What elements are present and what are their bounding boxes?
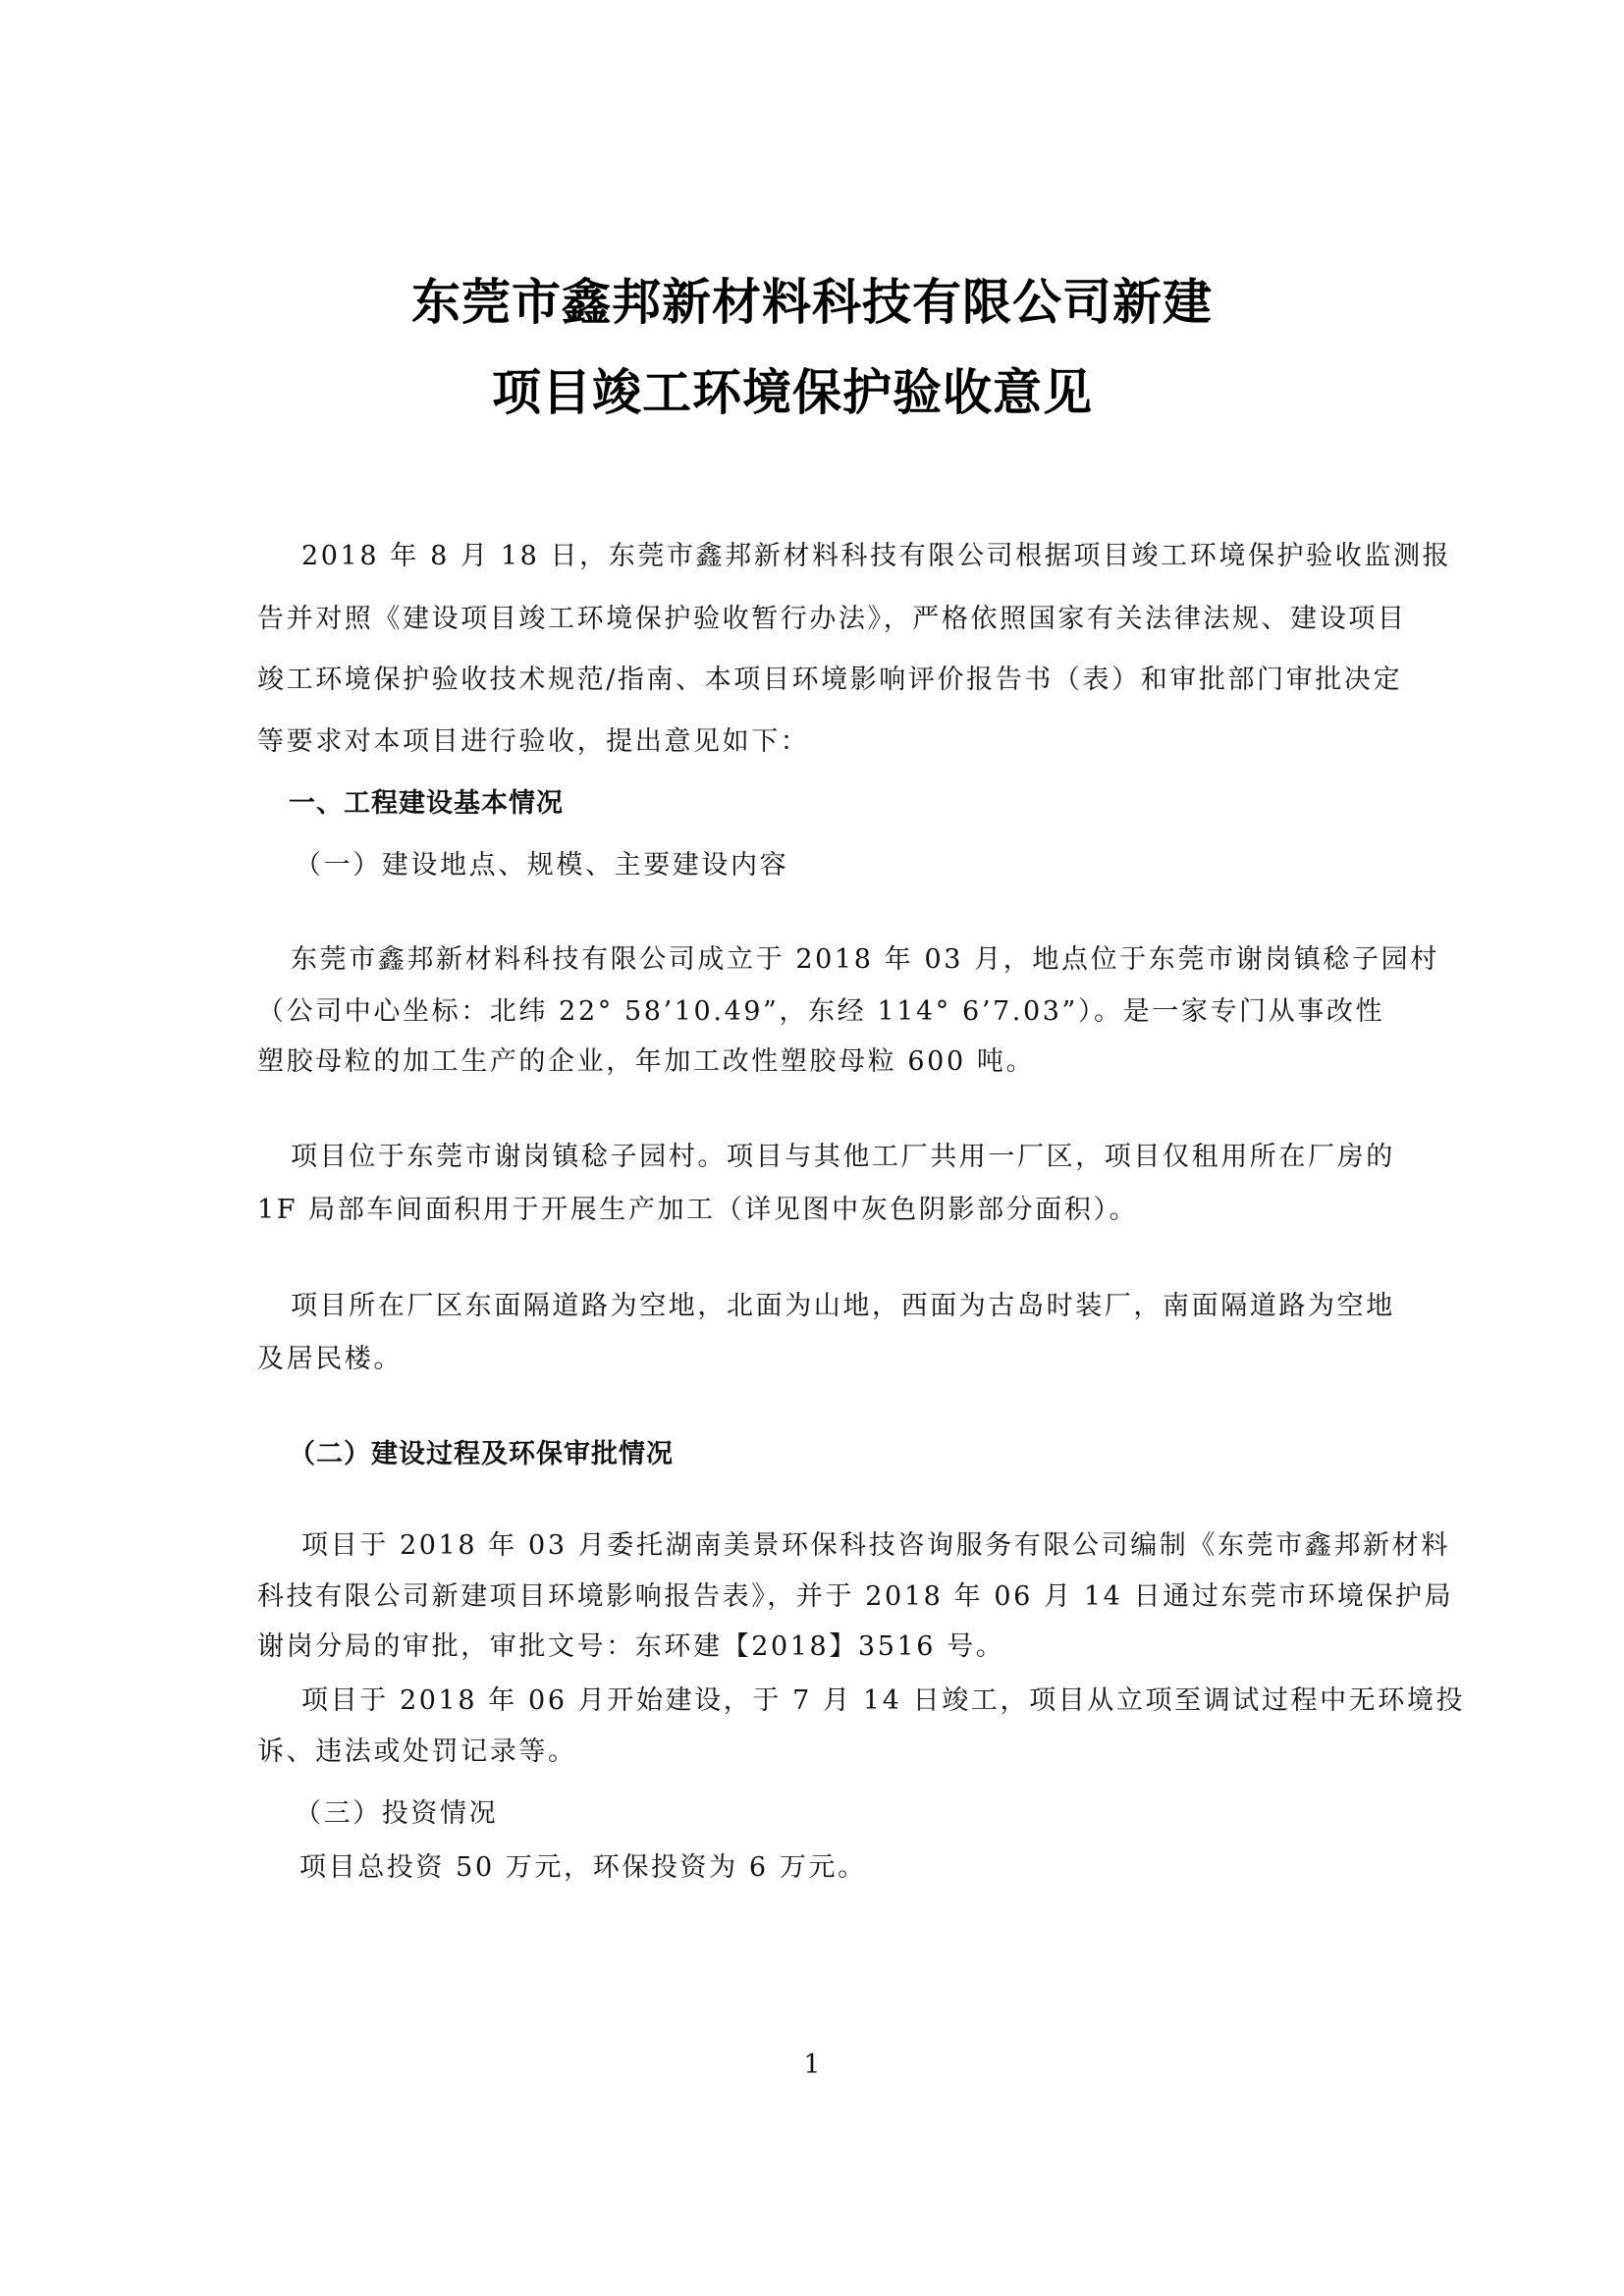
intro-line-2: 告并对照《建设项目竣工环境保护验收暂行办法》，严格依照国家有关法律法规、建设项目 [257,604,1407,635]
sub1-para1-line-3: 塑胶母粒的加工生产的企业，年加工改性塑胶母粒 600 吨。 [257,1046,1035,1078]
sub2-para2-line-1: 项目于 2018 年 06 月开始建设，于 7 月 14 日竣工，项目从立项至调… [301,1685,1465,1717]
intro-line-3: 竣工环境保护验收技术规范/指南、本项目环境影响评价报告书（表）和审批部门审批决定 [257,665,1402,696]
sub2-para1-line-3: 谢岗分局的审批，审批文号：东环建【2018】3516 号。 [257,1631,1004,1663]
intro-line-4: 等要求对本项目进行验收，提出意见如下： [257,726,809,758]
sub2-para1-line-2: 科技有限公司新建项目环境影响报告表》，并于 2018 年 06 月 14 日通过… [257,1581,1453,1613]
sub1-para1-line-2: （公司中心坐标：北纬 22° 58’10.49”，东经 114° 6’7.03”… [257,996,1384,1028]
sub1-para1-line-1: 东莞市鑫邦新材料科技有限公司成立于 2018 年 03 月，地点位于东莞市谢岗镇… [291,944,1439,976]
document-title-line1: 东莞市鑫邦新材料科技有限公司新建 [0,263,1624,334]
sub1-para3-line-1: 项目所在厂区东面隔道路为空地，北面为山地，西面为古岛时装厂，南面隔道路为空地 [291,1291,1395,1322]
page-number: 1 [0,2050,1624,2080]
subsection-heading-1: （一）建设地点、规模、主要建设内容 [295,850,788,881]
sub2-para2-line-2: 诉、违法或处罚记录等。 [257,1736,577,1768]
sub3-para1: 项目总投资 50 万元，环保投资为 6 万元。 [299,1852,867,1884]
sub1-para3-line-2: 及居民楼。 [257,1344,403,1375]
sub1-para2-line-2: 1F 局部车间面积用于开展生产加工（详见图中灰色阴影部分面积）。 [257,1195,1138,1226]
sub1-para2-line-1: 项目位于东莞市谢岗镇稔子园村。项目与其他工厂共用一厂区，项目仅租用所在厂房的 [291,1142,1395,1173]
sub2-para1-line-1: 项目于 2018 年 03 月委托湖南美景环保科技咨询服务有限公司编制《东莞市鑫… [301,1530,1450,1562]
document-title-line2: 项目竣工环境保护验收意见 [0,353,1604,424]
subsection-heading-3: （三）投资情况 [295,1798,498,1830]
subsection-heading-2: （二）建设过程及环保审批情况 [289,1439,674,1470]
section-heading-1: 一、工程建设基本情况 [289,788,564,820]
document-page: 东莞市鑫邦新材料科技有限公司新建 项目竣工环境保护验收意见 2018 年 8 月… [0,0,1624,2296]
intro-line-1: 2018 年 8 月 18 日，东莞市鑫邦新材料科技有限公司根据项目竣工环境保护… [301,541,1451,572]
